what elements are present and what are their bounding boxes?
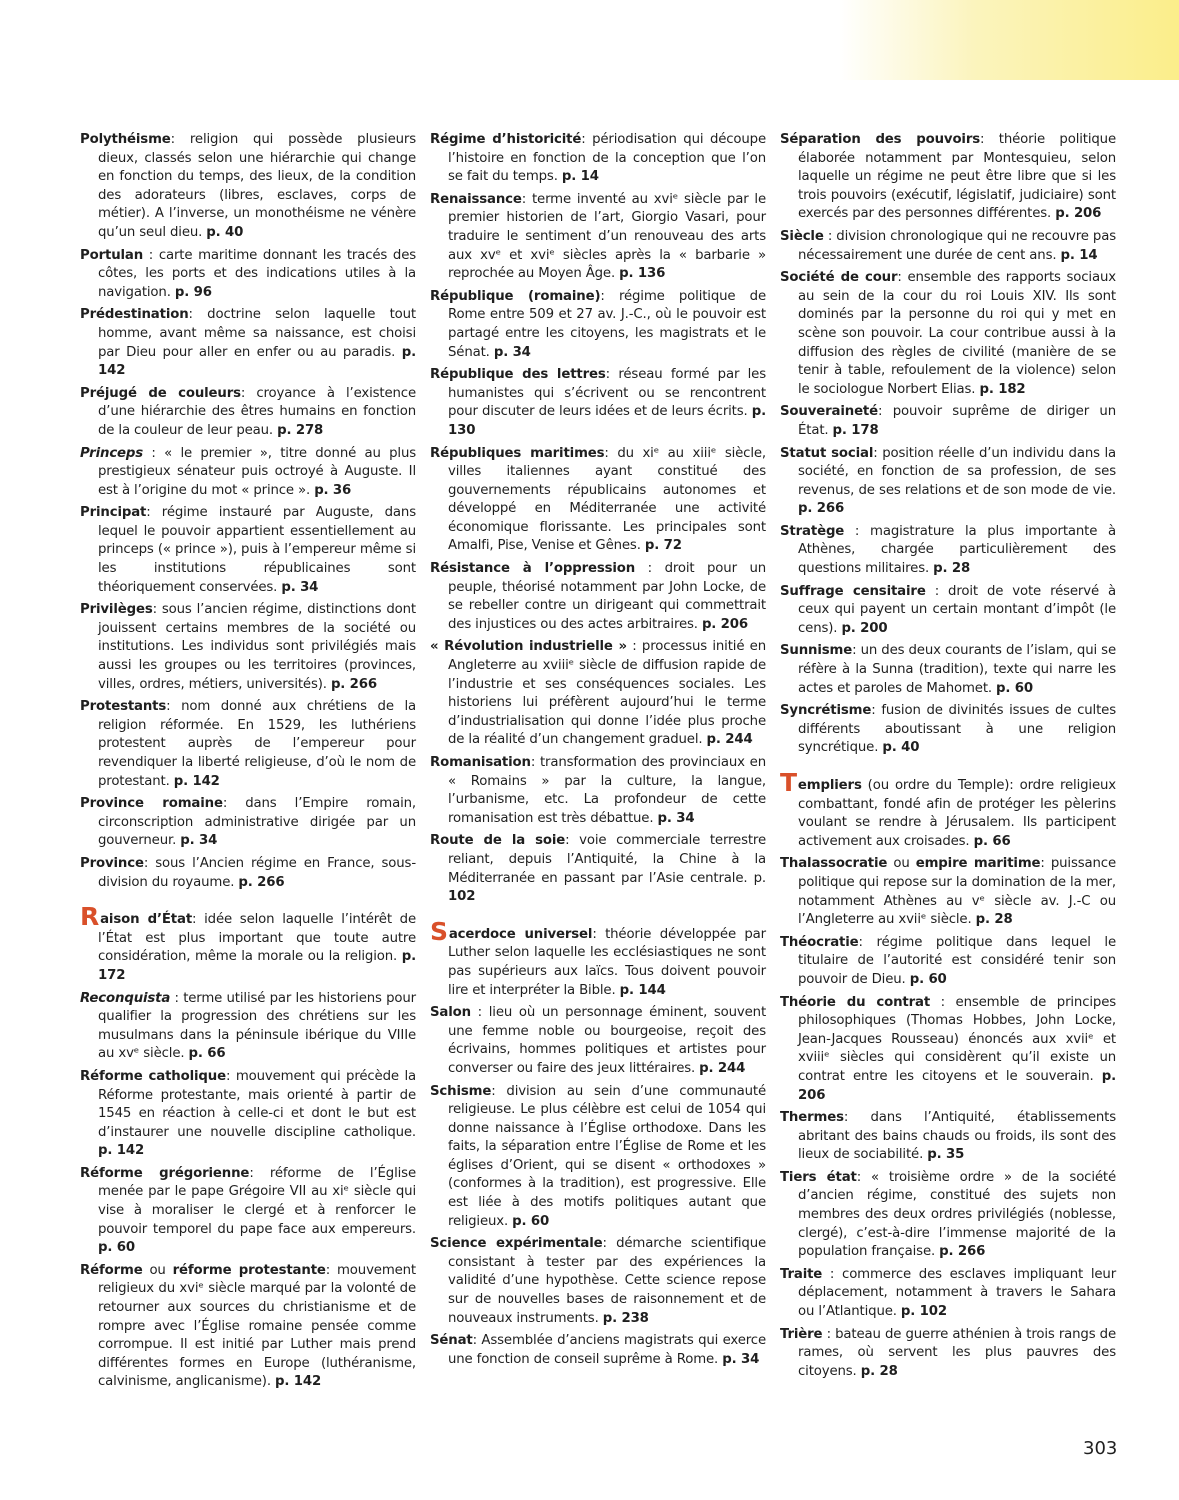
- glossary-entry: Salon : lieu où un personnage éminent, s…: [430, 1004, 766, 1078]
- glossary-term: République des lettres: [430, 367, 606, 382]
- page-reference: p. 182: [979, 382, 1025, 397]
- glossary-entry: Protestants: nom donné aux chrétiens de …: [80, 698, 416, 791]
- glossary-entry: Province: sous l’Ancien régime en France…: [80, 855, 416, 892]
- page-reference: p. 28: [861, 1364, 898, 1379]
- page-reference: p. 206: [702, 617, 748, 632]
- glossary-term: aison d’État: [100, 912, 192, 927]
- term-connector: ou: [887, 856, 915, 871]
- term-separator: :: [878, 404, 893, 419]
- page-reference: p. 40: [206, 225, 243, 240]
- term-separator: :: [824, 229, 837, 244]
- glossary-entry: Templiers (ou ordre du Temple): ordre re…: [780, 774, 1116, 851]
- term-separator: :: [873, 446, 882, 461]
- page-reference: p. 266: [238, 875, 284, 890]
- glossary-entry: Syncrétisme: fusion de divinités issues …: [780, 702, 1116, 758]
- page-reference: p. 34: [281, 580, 318, 595]
- term-separator: :: [171, 132, 190, 147]
- term-separator: :: [143, 248, 159, 263]
- page-reference: p. 36: [314, 483, 351, 498]
- glossary-term: Républiques maritimes: [430, 446, 604, 461]
- term-separator: :: [852, 643, 860, 658]
- glossary-entry: Province romaine: dans l’Empire romain, …: [80, 795, 416, 851]
- glossary-entry: Schisme: division au sein d’une communau…: [430, 1083, 766, 1232]
- term-separator: :: [565, 833, 579, 848]
- glossary-entry: Princeps : « le premier », titre donné a…: [80, 445, 416, 501]
- decorative-corner-band: [839, 0, 1179, 80]
- page-reference: p. 244: [707, 732, 753, 747]
- page-reference: p. 66: [974, 834, 1011, 849]
- page-reference: p. 278: [277, 423, 323, 438]
- glossary-term: Trière: [780, 1327, 822, 1342]
- page-reference: p. 40: [882, 740, 919, 755]
- glossary-definition: du xiᵉ au xiiiᵉ siècle, villes italienne…: [448, 446, 766, 554]
- term-separator: :: [143, 446, 164, 461]
- term-separator: :: [822, 1267, 842, 1282]
- term-separator: :: [249, 1166, 270, 1181]
- term-separator: :: [980, 132, 999, 147]
- glossary-term: Polythéisme: [80, 132, 171, 147]
- glossary-term: empliers: [798, 778, 862, 793]
- glossary-entry: Route de la soie: voie commerciale terre…: [430, 832, 766, 906]
- page-reference: p. 266: [798, 501, 844, 516]
- glossary-term: Province: [80, 856, 144, 871]
- glossary-entry: Suffrage censitaire : droit de vote rése…: [780, 583, 1116, 639]
- glossary-term: Salon: [430, 1005, 471, 1020]
- glossary-entry: Stratège : magistrature la plus importan…: [780, 523, 1116, 579]
- glossary-entry: Séparation des pouvoirs: théorie politiq…: [780, 131, 1116, 224]
- page-reference: p. 34: [722, 1352, 759, 1367]
- glossary-column-1: Polythéisme: religion qui possède plusie…: [80, 131, 416, 1396]
- page-reference: p. 178: [833, 423, 879, 438]
- glossary-columns: Polythéisme: religion qui possède plusie…: [80, 131, 1116, 1396]
- glossary-entry: Privilèges: sous l’ancien régime, distin…: [80, 601, 416, 694]
- glossary-term: Statut social: [780, 446, 873, 461]
- page-reference: 102: [448, 889, 475, 904]
- glossary-term: Thermes: [780, 1110, 844, 1125]
- term-separator: :: [170, 991, 183, 1006]
- glossary-entry: Siècle : division chronologique qui ne r…: [780, 228, 1116, 265]
- page-reference: p. 266: [331, 677, 377, 692]
- glossary-term: Résistance à l’oppression: [430, 561, 635, 576]
- term-separator: :: [189, 307, 208, 322]
- term-separator: :: [146, 505, 162, 520]
- glossary-entry: Portulan : carte maritime donnant les tr…: [80, 247, 416, 303]
- page-reference: p. 142: [174, 774, 220, 789]
- glossary-term: Privilèges: [80, 602, 153, 617]
- page-reference: p. 14: [1061, 248, 1098, 263]
- section-letter-dropcap: S: [430, 917, 448, 946]
- glossary-term-alt: réforme protestante: [173, 1263, 326, 1278]
- glossary-definition: ensemble des rapports sociaux au sein de…: [798, 270, 1116, 397]
- glossary-entry: Théocratie: régime politique dans lequel…: [780, 934, 1116, 990]
- page-reference: p. 35: [927, 1147, 964, 1162]
- term-separator: :: [491, 1084, 506, 1099]
- glossary-term: République (romaine): [430, 289, 600, 304]
- page-reference: p. 34: [657, 811, 694, 826]
- page-reference: p. 72: [645, 538, 682, 553]
- glossary-term: Science expérimentale: [430, 1236, 603, 1251]
- glossary-term: Romanisation: [430, 755, 531, 770]
- glossary-term: Thalassocratie: [780, 856, 887, 871]
- page-reference: p. 206: [1055, 206, 1101, 221]
- page-reference: p. 96: [175, 285, 212, 300]
- glossary-term: acerdoce universel: [449, 927, 592, 942]
- glossary-entry: Thermes: dans l’Antiquité, établissement…: [780, 1109, 1116, 1165]
- term-separator: :: [192, 912, 204, 927]
- term-separator: :: [592, 927, 605, 942]
- term-connector: (ou ordre du Temple):: [862, 778, 1020, 793]
- glossary-entry: Régime d’historicité: périodisation qui …: [430, 131, 766, 187]
- glossary-term: Société de cour: [780, 270, 897, 285]
- term-separator: :: [471, 1005, 489, 1020]
- page-reference: p. 142: [275, 1374, 321, 1389]
- term-separator: :: [604, 446, 617, 461]
- term-separator: :: [635, 561, 664, 576]
- glossary-term: Préjugé de couleurs: [80, 386, 241, 401]
- section-letter-dropcap: T: [780, 768, 797, 797]
- glossary-term: Tiers état: [780, 1170, 857, 1185]
- term-separator: :: [166, 699, 181, 714]
- glossary-entry: Principat: régime instauré par Auguste, …: [80, 504, 416, 597]
- page-reference: p. 14: [562, 169, 599, 184]
- glossary-entry: Sacerdoce universel: théorie développée …: [430, 923, 766, 1000]
- term-connector: ou: [143, 1263, 173, 1278]
- glossary-definition: Assemblée d’anciens magistrats qui exerc…: [448, 1333, 766, 1367]
- glossary-term: Syncrétisme: [780, 703, 871, 718]
- glossary-term: Sunnisme: [780, 643, 852, 658]
- glossary-definition: religion qui possède plusieurs dieux, cl…: [98, 132, 416, 240]
- term-separator: :: [606, 367, 619, 382]
- term-separator: :: [241, 386, 256, 401]
- glossary-entry: Thalassocratie ou empire maritime: puiss…: [780, 855, 1116, 929]
- glossary-entry: Tiers état: « troisième ordre » de la so…: [780, 1169, 1116, 1262]
- glossary-entry: Théorie du contrat : ensemble de princip…: [780, 994, 1116, 1106]
- term-separator: :: [844, 524, 870, 539]
- page-reference: p. 34: [180, 833, 217, 848]
- term-separator: :: [627, 639, 642, 654]
- glossary-entry: Républiques maritimes: du xiᵉ au xiiiᵉ s…: [430, 445, 766, 557]
- glossary-entry: République (romaine): régime politique d…: [430, 288, 766, 362]
- page-reference: p. 136: [619, 266, 665, 281]
- page-reference: p. 66: [189, 1046, 226, 1061]
- term-separator: :: [226, 1069, 236, 1084]
- glossary-term: Souveraineté: [780, 404, 878, 419]
- glossary-entry: Société de cour: ensemble des rapports s…: [780, 269, 1116, 399]
- term-separator: :: [522, 192, 532, 207]
- page-reference: p. 60: [996, 681, 1033, 696]
- glossary-entry: « Révolution industrielle » : processus …: [430, 638, 766, 750]
- term-separator: :: [326, 1263, 337, 1278]
- glossary-term: Principat: [80, 505, 146, 520]
- glossary-term: Régime d’historicité: [430, 132, 581, 147]
- glossary-entry: Souveraineté: pouvoir suprême de diriger…: [780, 403, 1116, 440]
- page-reference: p. 60: [512, 1214, 549, 1229]
- glossary-entry: Statut social: position réelle d’un indi…: [780, 445, 1116, 519]
- page-reference: p. 144: [620, 983, 666, 998]
- glossary-entry: Romanisation: transformation des provinc…: [430, 754, 766, 828]
- term-separator: :: [926, 584, 948, 599]
- glossary-term: Schisme: [430, 1084, 491, 1099]
- page-reference: p. 28: [933, 561, 970, 576]
- glossary-entry: Sénat: Assemblée d’anciens magistrats qu…: [430, 1332, 766, 1369]
- page-reference: p. 142: [98, 1143, 144, 1158]
- glossary-column-2: Régime d’historicité: périodisation qui …: [430, 131, 766, 1396]
- glossary-term: Traite: [780, 1267, 822, 1282]
- glossary-entry: Science expérimentale: démarche scientif…: [430, 1235, 766, 1328]
- glossary-term: Suffrage censitaire: [780, 584, 926, 599]
- glossary-term: Reconquista: [80, 991, 170, 1006]
- glossary-term: Siècle: [780, 229, 824, 244]
- glossary-term: Séparation des pouvoirs: [780, 132, 980, 147]
- glossary-entry: Réforme grégorienne: réforme de l’Église…: [80, 1165, 416, 1258]
- glossary-entry: Traite : commerce des esclaves impliquan…: [780, 1266, 1116, 1322]
- page-reference: p. 266: [939, 1244, 985, 1259]
- term-separator: :: [844, 1110, 871, 1125]
- page-reference: p. 238: [603, 1311, 649, 1326]
- glossary-term: Réforme catholique: [80, 1069, 226, 1084]
- term-separator: :: [581, 132, 592, 147]
- glossary-column-3: Séparation des pouvoirs: théorie politiq…: [780, 131, 1116, 1396]
- page-reference: p. 34: [494, 345, 531, 360]
- glossary-definition: division au sein d’une communauté religi…: [448, 1084, 766, 1229]
- page-number: 303: [1083, 1438, 1117, 1459]
- term-separator: :: [822, 1327, 835, 1342]
- glossary-definition: bateau de guerre athénien à trois rangs …: [798, 1327, 1116, 1379]
- term-separator: :: [1040, 856, 1050, 871]
- glossary-term-alt: empire maritime: [916, 856, 1041, 871]
- glossary-term: Province romaine: [80, 796, 223, 811]
- section-letter-dropcap: R: [80, 902, 99, 931]
- term-separator: :: [603, 1236, 617, 1251]
- glossary-term: Théocratie: [780, 935, 859, 950]
- glossary-term: Réforme grégorienne: [80, 1166, 249, 1181]
- page-reference: p. 244: [699, 1061, 745, 1076]
- glossary-term: Route de la soie: [430, 833, 565, 848]
- term-separator: :: [153, 602, 162, 617]
- glossary-term: Portulan: [80, 248, 143, 263]
- glossary-term: Renaissance: [430, 192, 522, 207]
- glossary-term: Prédestination: [80, 307, 189, 322]
- glossary-entry: Préjugé de couleurs: croyance à l’existe…: [80, 385, 416, 441]
- page-reference: p. 60: [910, 972, 947, 987]
- glossary-entry: Prédestination: doctrine selon laquelle …: [80, 306, 416, 380]
- page-reference: p. 28: [976, 912, 1013, 927]
- glossary-term: Réforme: [80, 1263, 143, 1278]
- glossary-term: Théorie du contrat: [780, 995, 930, 1010]
- page-reference: p. 102: [901, 1304, 947, 1319]
- glossary-definition: commerce des esclaves impliquant leur dé…: [798, 1267, 1116, 1319]
- glossary-term: Protestants: [80, 699, 166, 714]
- glossary-entry: République des lettres: réseau formé par…: [430, 366, 766, 440]
- glossary-entry: Sunnisme: un des deux courants de l’isla…: [780, 642, 1116, 698]
- term-separator: :: [930, 995, 955, 1010]
- glossary-entry: Renaissance: terme inventé au xviᵉ siècl…: [430, 191, 766, 284]
- glossary-term: Stratège: [780, 524, 844, 539]
- term-separator: :: [871, 703, 881, 718]
- glossary-term: Sénat: [430, 1333, 473, 1348]
- glossary-entry: Trière : bateau de guerre athénien à tro…: [780, 1326, 1116, 1382]
- glossary-term: Princeps: [80, 446, 143, 461]
- term-separator: :: [859, 935, 877, 950]
- glossary-entry: Raison d’État: idée selon laquelle l’int…: [80, 908, 416, 985]
- glossary-entry: Réforme catholique: mouvement qui précèd…: [80, 1068, 416, 1161]
- glossary-entry: Reconquista : terme utilisé par les hist…: [80, 990, 416, 1064]
- term-separator: :: [600, 289, 619, 304]
- page-reference: p. 200: [841, 621, 887, 636]
- page-reference: p. 60: [98, 1240, 135, 1255]
- glossary-entry: Polythéisme: religion qui possède plusie…: [80, 131, 416, 243]
- term-separator: :: [144, 856, 155, 871]
- term-separator: :: [897, 270, 907, 285]
- term-separator: :: [223, 796, 245, 811]
- glossary-definition: mouvement religieux du xviᵉ siècle marqu…: [98, 1263, 416, 1390]
- term-separator: :: [531, 755, 540, 770]
- glossary-entry: Réforme ou réforme protestante: mouvemen…: [80, 1262, 416, 1392]
- glossary-entry: Résistance à l’oppression : droit pour u…: [430, 560, 766, 634]
- glossary-term: « Révolution industrielle »: [430, 639, 627, 654]
- term-separator: :: [857, 1170, 871, 1185]
